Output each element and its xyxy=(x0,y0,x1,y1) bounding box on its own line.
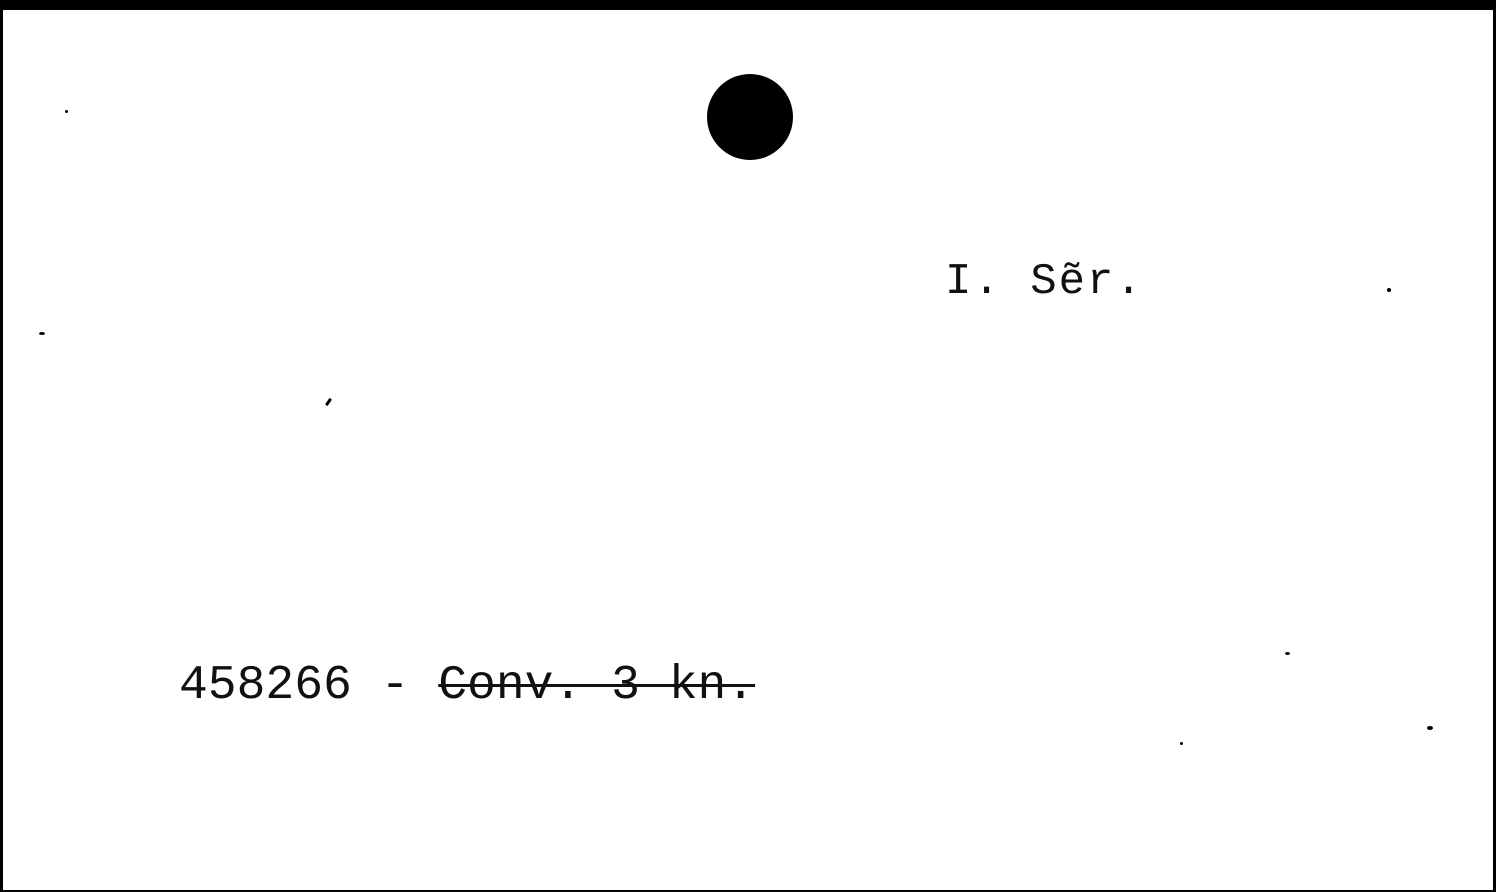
index-card: I. Sẽr. 458266 - Conv. 3 kn. xyxy=(3,10,1493,890)
speck xyxy=(1285,652,1290,655)
speck xyxy=(325,398,332,406)
separator: - xyxy=(352,659,438,713)
struck-text: Conv. 3 kn. xyxy=(438,659,755,713)
speck xyxy=(65,110,68,113)
speck xyxy=(1387,288,1391,292)
speck xyxy=(1180,742,1183,745)
series-label: I. Sẽr. xyxy=(945,260,1144,304)
record-line: 458266 - Conv. 3 kn. xyxy=(179,662,755,710)
punch-hole xyxy=(707,74,793,160)
record-number: 458266 xyxy=(179,659,352,713)
speck xyxy=(39,332,45,335)
speck xyxy=(1427,726,1433,730)
